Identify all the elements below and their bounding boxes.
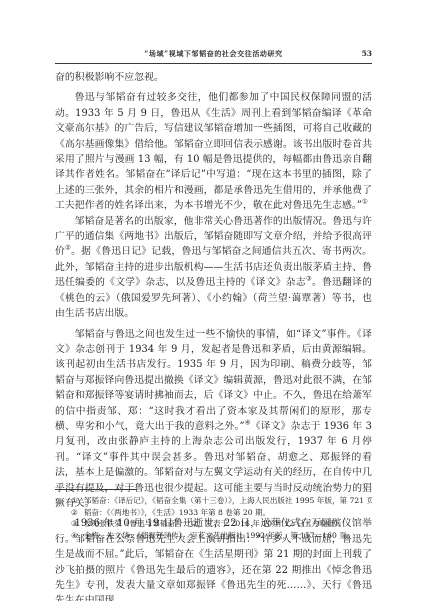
paragraph: 邹韬奋是著名的出版家，他非常关心鲁迅著作的出版情况。鲁迅与许广平的通信集《两地书… xyxy=(55,214,372,322)
footnote-ref: ④ xyxy=(245,419,251,427)
paragraph: 邹韬奋与鲁迅之间也发生过一些不愉快的事情，如“译文”事件。《译文》杂志创刊于 1… xyxy=(55,327,372,512)
footnote-ref: ③ xyxy=(306,275,312,283)
running-head: “场域”视域下邹韬奋的社会交往活动研究 53 xyxy=(55,49,372,61)
header-rule xyxy=(55,63,372,64)
paragraph: 鲁迅与邹韬奋有过较多交往，他们都参加了中国民权保障同盟的活动。1933 年 5 … xyxy=(55,90,372,213)
paragraph-continuation: 奋的积极影响不应忽视。 xyxy=(55,70,372,85)
footnote-marker: ② xyxy=(71,507,78,519)
footnote-marker: ③ xyxy=(71,518,78,530)
footnote-item: ③ 参见张铁荣《鲁迅与邹韬奋》一文，发表于 2016 年 10 月 12 日《今… xyxy=(55,518,372,530)
footnote-text: 参见张铁荣《鲁迅与邹韬奋》一文，发表于 2016 年 10 月 12 日《今晚报… xyxy=(84,518,372,530)
page-number: 53 xyxy=(362,49,372,58)
footnote-text: 金梅、朱文华：《郑振铎评传》，百花文艺出版社 1992 年版，第 157—160… xyxy=(84,530,372,542)
footnote-ref: ② xyxy=(65,244,71,252)
running-head-title: “场域”视域下邹韬奋的社会交往活动研究 xyxy=(55,49,372,59)
footnote-text: 韬奋：《〈两地书〉》，《生活》1933 年第 8 卷第 20 期。 xyxy=(84,507,372,519)
footnote-marker: ① xyxy=(71,495,78,507)
footnote-list: ① 邹韬奋：《译后记》，《韬奋全集（第十三卷）》，上海人民出版社 1995 年版… xyxy=(55,495,372,541)
footnote-item: ② 韬奋：《〈两地书〉》，《生活》1933 年第 8 卷第 20 期。 xyxy=(55,507,372,519)
footnote-separator xyxy=(55,489,137,490)
paper-page: “场域”视域下邹韬奋的社会交往活动研究 53 奋的积极影响不应忽视。 鲁迅与邹韬… xyxy=(0,0,427,601)
footnote-item: ① 邹韬奋：《译后记》，《韬奋全集（第十三卷）》，上海人民出版社 1995 年版… xyxy=(55,495,372,507)
footnote-marker: ④ xyxy=(71,530,78,542)
footnote-ref: ① xyxy=(362,198,368,206)
footnote-item: ④ 金梅、朱文华：《郑振铎评传》，百花文艺出版社 1992 年版，第 157—1… xyxy=(55,530,372,542)
footnote-text: 邹韬奋：《译后记》，《韬奋全集（第十三卷）》，上海人民出版社 1995 年版，第… xyxy=(84,495,372,507)
